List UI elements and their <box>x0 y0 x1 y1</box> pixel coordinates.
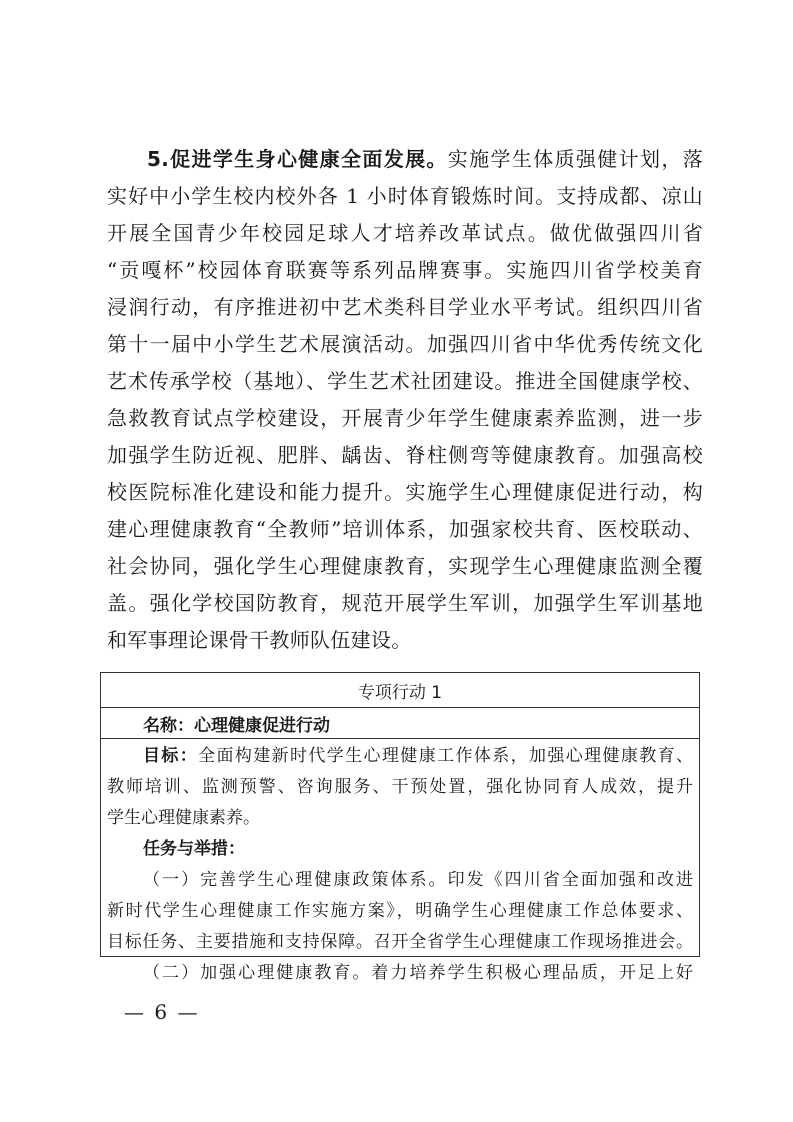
paragraph-line: 建心理健康教育“全教师”培训体系，加强家校共育、医校联动、 <box>107 511 703 548</box>
paragraph-line: 盖。强化学校国防教育，规范开展学生军训，加强学生军训基地 <box>107 585 703 622</box>
goal-text: 全面构建新时代学生心理健康工作体系，加强心理健康教育、 <box>198 746 693 766</box>
line-text: 实施学生体质强健计划，落 <box>448 147 703 171</box>
paragraph-line: 开展全国青少年校园足球人才培养改革试点。做优做强四川省 <box>107 215 703 252</box>
name-label: 名称： <box>143 711 194 736</box>
task-line: （二）加强心理健康教育。着力培养学生积极心理品质，开足上好 <box>107 958 693 989</box>
box-name-row: 名称：心理健康促进行动 <box>101 708 699 739</box>
page-number: — 6 — <box>124 1000 199 1024</box>
paragraph-line: 和军事理论课骨干教师队伍建设。 <box>107 622 703 659</box>
paragraph-line: 实好中小学生校内校外各 1 小时体育锻炼时间。支持成都、凉山 <box>107 178 703 215</box>
paragraph-line: 艺术传承学校（基地）、学生艺术社团建设。推进全国健康学校、 <box>107 363 703 400</box>
task-line: 新时代学生心理健康工作实施方案》，明确学生心理健康工作总体要求、 <box>107 896 693 927</box>
box-title: 专项行动 1 <box>101 673 699 708</box>
goal-label: 目标： <box>143 746 198 766</box>
paragraph-line: 急救教育试点学校建设，开展青少年学生健康素养监测，进一步 <box>107 400 703 437</box>
section-body: 5.促进学生身心健康全面发展。实施学生体质强健计划，落 实好中小学生校内校外各 … <box>107 141 703 659</box>
special-action-box: 专项行动 1 名称：心理健康促进行动 目标：全面构建新时代学生心理健康工作体系，… <box>100 672 700 957</box>
tasks-label: 任务与举措： <box>107 834 693 865</box>
name-value: 心理健康促进行动 <box>194 711 330 736</box>
paragraph-line: 浸润行动，有序推进初中艺术类科目学业水平考试。组织四川省 <box>107 289 703 326</box>
paragraph-line: 加强学生防近视、肥胖、龋齿、脊柱侧弯等健康教育。加强高校 <box>107 437 703 474</box>
box-body: 目标：全面构建新时代学生心理健康工作体系，加强心理健康教育、 教师培训、监测预警… <box>101 739 699 989</box>
goal-line: 学生心理健康素养。 <box>107 803 693 834</box>
paragraph-line: 校医院标准化建设和能力提升。实施学生心理健康促进行动，构 <box>107 474 703 511</box>
task-line: 目标任务、主要措施和支持保障。召开全省学生心理健康工作现场推进会。 <box>107 927 693 958</box>
paragraph-line: 第十一届中小学生艺术展演活动。加强四川省中华优秀传统文化 <box>107 326 703 363</box>
paragraph-line: 5.促进学生身心健康全面发展。实施学生体质强健计划，落 <box>107 141 703 178</box>
section-heading: 5.促进学生身心健康全面发展。 <box>147 147 448 171</box>
goal-line: 目标：全面构建新时代学生心理健康工作体系，加强心理健康教育、 <box>107 741 693 772</box>
paragraph-line: 社会协同，强化学生心理健康教育，实现学生心理健康监测全覆 <box>107 548 703 585</box>
paragraph-line: “贡嘎杯”校园体育联赛等系列品牌赛事。实施四川省学校美育 <box>107 252 703 289</box>
goal-line: 教师培训、监测预警、咨询服务、干预处置，强化协同育人成效，提升 <box>107 772 693 803</box>
task-line: （一）完善学生心理健康政策体系。印发《四川省全面加强和改进 <box>107 865 693 896</box>
document-page: 5.促进学生身心健康全面发展。实施学生体质强健计划，落 实好中小学生校内校外各 … <box>0 0 793 1122</box>
